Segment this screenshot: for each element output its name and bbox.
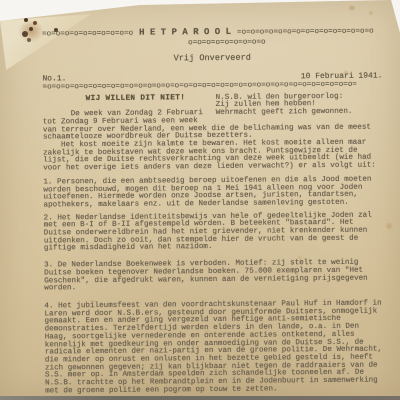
issue-date: 10 Februari 1941. (301, 73, 383, 81)
newspaper-title: H E T P A R O O L (133, 29, 237, 38)
masthead: =o=o=o=o=o=o=o=o=o=o H E T P A R O O L =… (42, 28, 383, 92)
issue-number: No.1. (42, 75, 66, 83)
typewritten-content: =o=o=o=o=o=o=o=o=o=o H E T P A R O O L =… (42, 28, 385, 396)
motto: Vrij Onverveerd (42, 54, 382, 65)
right-column-slogans: N.S.B. wil den burgeroorlog: Zij zullen … (216, 93, 383, 126)
paper-sheet: =o=o=o=o=o=o=o=o=o=o H E T P A R O O L =… (0, 0, 400, 400)
slogan-line-3: Wehrmacht geeft zich gewonnen. (216, 108, 383, 117)
numbered-item-2: 2. Het Nederlandse identiteitsbewijs van… (44, 212, 384, 253)
masthead-title-row: =o=o=o=o=o=o=o=o=o=o H E T P A R O O L =… (42, 28, 382, 40)
scanner-edge-shadow (0, 396, 400, 400)
decorative-rule-right: =o=o=o=o=o=o=o=o=o=o=o=o=o=o=o (237, 29, 382, 38)
staple-marks (24, 18, 28, 22)
numbered-item-4: 4. Het jubileumsfeest van den voordracht… (44, 300, 385, 395)
decorative-rule-under-title: o=o=o=o=o=o=o=o=o (188, 39, 272, 47)
numbered-item-3: 3. De Nederlandse Boekenweek is verboden… (44, 260, 384, 294)
scanned-document: =o=o=o=o=o=o=o=o=o=o H E T P A R O O L =… (0, 0, 400, 400)
separator-rule: =o=o=o=o=o=o=o=o=o=o=o=o=o=o=o=o=o=o=o=o… (42, 81, 382, 92)
paragraph-list-lead: Het kost moeite zijn kalmte te bewaren. … (43, 140, 383, 174)
decorative-rule-left: =o=o=o=o=o=o=o=o=o=o (42, 31, 133, 39)
article-body: N.S.B. wil den burgeroorlog: Zij zullen … (43, 93, 386, 396)
numbered-item-1: 1. Personen, die een ambtseedig beroep u… (43, 176, 383, 210)
